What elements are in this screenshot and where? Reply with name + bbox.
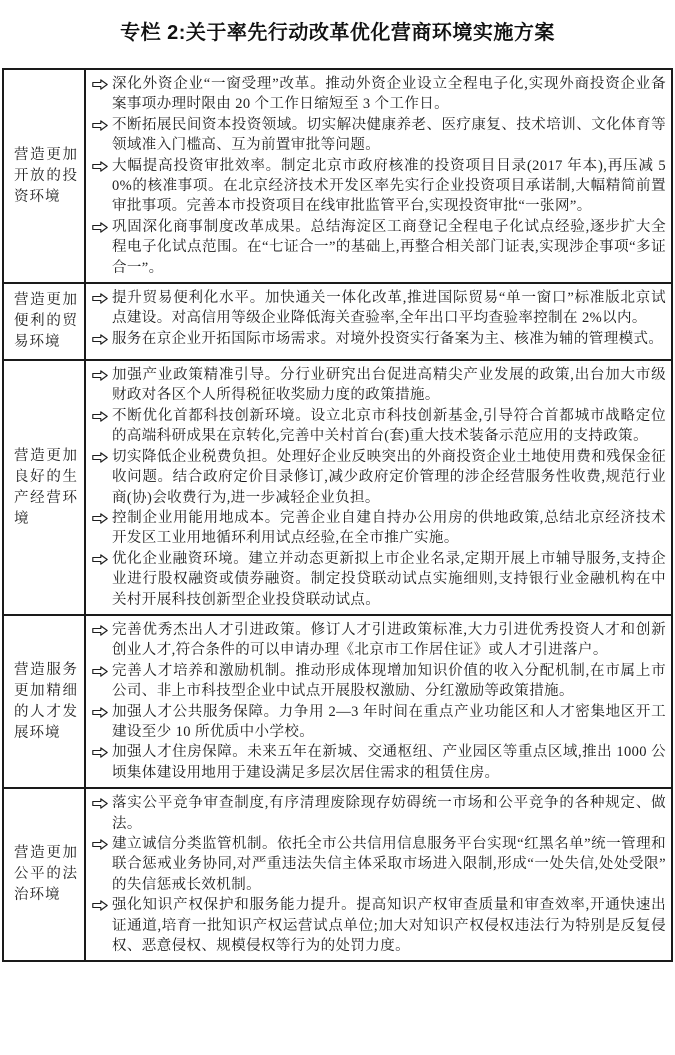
row-content-cell: 落实公平竞争审查制度,有序清理废除现存妨碍统一市场和公平竞争的各种规定、做法。 … xyxy=(86,789,671,960)
list-item: 强化知识产权保护和服务能力提升。提高知识产权审查质量和审查效率,开通快速出证通道… xyxy=(92,895,666,956)
list-item-text: 优化企业融资环境。建立并动态更新拟上市企业名录,定期开展上市辅导服务,支持企业进… xyxy=(112,551,666,608)
list-item: 完善人才培养和激励机制。推动形成体现增加知识价值的收入分配机制,在市属上市公司、… xyxy=(92,661,666,702)
list-item-text: 落实公平竞争审查制度,有序清理废除现存妨碍统一市场和公平竞争的各种规定、做法。 xyxy=(112,795,666,831)
row-content-cell: 提升贸易便利化水平。加快通关一体化改革,推进国际贸易“单一窗口”标准版北京试点建… xyxy=(86,284,671,359)
table-row: 营造更加开放的投资环境 深化外资企业“一窗受理”改革。推动外资企业设立全程电子化… xyxy=(4,70,671,282)
list-item-text: 完善优秀杰出人才引进政策。修订人才引进政策标准,大力引进优秀投资人才和创新创业人… xyxy=(112,622,666,658)
list-item-text: 不断优化首都科技创新环境。设立北京市科技创新基金,引导符合首都城市战略定位的高端… xyxy=(112,408,666,444)
table-row: 营造更加良好的生产经营环境 加强产业政策精准引导。分行业研究出台促进高精尖产业发… xyxy=(4,359,671,614)
rightwards-white-arrow-icon xyxy=(92,221,108,234)
rightwards-white-arrow-icon xyxy=(92,369,108,382)
list-item-text: 建立诚信分类监管机制。依托全市公共信用信息服务平台实现“红黑名单”统一管理和联合… xyxy=(112,836,666,893)
bullet-list: 提升贸易便利化水平。加快通关一体化改革,推进国际贸易“单一窗口”标准版北京试点建… xyxy=(92,288,666,349)
list-item: 切实降低企业税费负担。处理好企业反映突出的外商投资企业土地使用费和残保金征收问题… xyxy=(92,447,666,508)
rightwards-white-arrow-icon xyxy=(92,160,108,173)
list-item: 控制企业用能用地成本。完善企业自建自持办公用房的供地政策,总结北京经济技术开发区… xyxy=(92,508,666,549)
list-item-text: 不断拓展民间资本投资领域。切实解决健康养老、医疗康复、技术培训、文化体育等领域准… xyxy=(112,117,666,153)
list-item: 建立诚信分类监管机制。依托全市公共信用信息服务平台实现“红黑名单”统一管理和联合… xyxy=(92,834,666,895)
list-item: 不断拓展民间资本投资领域。切实解决健康养老、医疗康复、技术培训、文化体育等领域准… xyxy=(92,115,666,156)
row-label-cell: 营造更加便利的贸易环境 xyxy=(4,284,86,359)
row-label: 营造更加良好的生产经营环境 xyxy=(14,446,78,530)
bullet-list: 加强产业政策精准引导。分行业研究出台促进高精尖产业发展的政策,出台加大市级财政对… xyxy=(92,365,666,610)
list-item-text: 加强人才公共服务保障。力争用 2—3 年时间在重点产业功能区和人才密集地区开工建… xyxy=(112,704,666,740)
row-label: 营造更加开放的投资环境 xyxy=(14,145,78,208)
list-item-text: 服务在京企业开拓国际市场需求。对境外投资实行备案为主、核准为辅的管理模式。 xyxy=(112,331,663,347)
row-label-cell: 营造更加开放的投资环境 xyxy=(4,70,86,282)
list-item-text: 切实降低企业税费负担。处理好企业反映突出的外商投资企业土地使用费和残保金征收问题… xyxy=(112,449,666,506)
list-item: 大幅提高投资审批效率。制定北京市政府核准的投资项目目录(2017 年本),再压减… xyxy=(92,156,666,217)
rightwards-white-arrow-icon xyxy=(92,624,108,637)
rightwards-white-arrow-icon xyxy=(92,706,108,719)
list-item: 提升贸易便利化水平。加快通关一体化改革,推进国际贸易“单一窗口”标准版北京试点建… xyxy=(92,288,666,329)
list-item-text: 巩固深化商事制度改革成果。总结海淀区工商登记全程电子化试点经验,逐步扩大全程电子… xyxy=(112,219,666,276)
bullet-list: 深化外资企业“一窗受理”改革。推动外资企业设立全程电子化,实现外商投资企业备案事… xyxy=(92,74,666,278)
list-item: 巩固深化商事制度改革成果。总结海淀区工商登记全程电子化试点经验,逐步扩大全程电子… xyxy=(92,217,666,278)
list-item: 深化外资企业“一窗受理”改革。推动外资企业设立全程电子化,实现外商投资企业备案事… xyxy=(92,74,666,115)
table-row: 营造更加公平的法治环境 落实公平竞争审查制度,有序清理废除现存妨碍统一市场和公平… xyxy=(4,787,671,960)
list-item: 完善优秀杰出人才引进政策。修订人才引进政策标准,大力引进优秀投资人才和创新创业人… xyxy=(92,620,666,661)
list-item: 加强人才公共服务保障。力争用 2—3 年时间在重点产业功能区和人才密集地区开工建… xyxy=(92,702,666,743)
rightwards-white-arrow-icon xyxy=(92,292,108,305)
rightwards-white-arrow-icon xyxy=(92,838,108,851)
rightwards-white-arrow-icon xyxy=(92,410,108,423)
row-label: 营造更加便利的贸易环境 xyxy=(14,290,78,353)
policy-table: 营造更加开放的投资环境 深化外资企业“一窗受理”改革。推动外资企业设立全程电子化… xyxy=(2,68,673,962)
row-content-cell: 加强产业政策精准引导。分行业研究出台促进高精尖产业发展的政策,出台加大市级财政对… xyxy=(86,361,671,614)
list-item-text: 完善人才培养和激励机制。推动形成体现增加知识价值的收入分配机制,在市属上市公司、… xyxy=(112,663,666,699)
rightwards-white-arrow-icon xyxy=(92,119,108,132)
row-label-cell: 营造更加公平的法治环境 xyxy=(4,789,86,960)
page-title: 专栏 2:关于率先行动改革优化营商环境实施方案 xyxy=(0,0,675,46)
list-item: 不断优化首都科技创新环境。设立北京市科技创新基金,引导符合首都城市战略定位的高端… xyxy=(92,406,666,447)
rightwards-white-arrow-icon xyxy=(92,333,108,346)
row-label-cell: 营造更加良好的生产经营环境 xyxy=(4,361,86,614)
list-item: 优化企业融资环境。建立并动态更新拟上市企业名录,定期开展上市辅导服务,支持企业进… xyxy=(92,549,666,610)
list-item: 加强产业政策精准引导。分行业研究出台促进高精尖产业发展的政策,出台加大市级财政对… xyxy=(92,365,666,406)
list-item-text: 控制企业用能用地成本。完善企业自建自持办公用房的供地政策,总结北京经济技术开发区… xyxy=(112,510,666,546)
rightwards-white-arrow-icon xyxy=(92,797,108,810)
list-item-text: 加强产业政策精准引导。分行业研究出台促进高精尖产业发展的政策,出台加大市级财政对… xyxy=(112,367,666,403)
document-page: 专栏 2:关于率先行动改革优化营商环境实施方案 营造更加开放的投资环境 深化外资… xyxy=(0,0,675,962)
rightwards-white-arrow-icon xyxy=(92,78,108,91)
row-label-cell: 营造服务更加精细的人才发展环境 xyxy=(4,616,86,787)
rightwards-white-arrow-icon xyxy=(92,665,108,678)
list-item-text: 大幅提高投资审批效率。制定北京市政府核准的投资项目目录(2017 年本),再压减… xyxy=(112,158,666,215)
list-item-text: 加强人才住房保障。未来五年在新城、交通枢纽、产业园区等重点区域,推出 1000 … xyxy=(112,744,666,780)
table-row: 营造更加便利的贸易环境 提升贸易便利化水平。加快通关一体化改革,推进国际贸易“单… xyxy=(4,282,671,359)
rightwards-white-arrow-icon xyxy=(92,553,108,566)
row-content-cell: 完善优秀杰出人才引进政策。修订人才引进政策标准,大力引进优秀投资人才和创新创业人… xyxy=(86,616,671,787)
rightwards-white-arrow-icon xyxy=(92,451,108,464)
row-label: 营造服务更加精细的人才发展环境 xyxy=(14,660,78,744)
list-item: 落实公平竞争审查制度,有序清理废除现存妨碍统一市场和公平竞争的各种规定、做法。 xyxy=(92,793,666,834)
list-item: 加强人才住房保障。未来五年在新城、交通枢纽、产业园区等重点区域,推出 1000 … xyxy=(92,742,666,783)
list-item-text: 强化知识产权保护和服务能力提升。提高知识产权审查质量和审查效率,开通快速出证通道… xyxy=(112,897,666,954)
list-item-text: 提升贸易便利化水平。加快通关一体化改革,推进国际贸易“单一窗口”标准版北京试点建… xyxy=(112,290,666,326)
list-item: 服务在京企业开拓国际市场需求。对境外投资实行备案为主、核准为辅的管理模式。 xyxy=(92,329,666,349)
row-content-cell: 深化外资企业“一窗受理”改革。推动外资企业设立全程电子化,实现外商投资企业备案事… xyxy=(86,70,671,282)
row-label: 营造更加公平的法治环境 xyxy=(14,843,78,906)
bullet-list: 完善优秀杰出人才引进政策。修订人才引进政策标准,大力引进优秀投资人才和创新创业人… xyxy=(92,620,666,783)
rightwards-white-arrow-icon xyxy=(92,746,108,759)
bullet-list: 落实公平竞争审查制度,有序清理废除现存妨碍统一市场和公平竞争的各种规定、做法。 … xyxy=(92,793,666,956)
list-item-text: 深化外资企业“一窗受理”改革。推动外资企业设立全程电子化,实现外商投资企业备案事… xyxy=(112,76,666,112)
table-row: 营造服务更加精细的人才发展环境 完善优秀杰出人才引进政策。修订人才引进政策标准,… xyxy=(4,614,671,787)
rightwards-white-arrow-icon xyxy=(92,512,108,525)
rightwards-white-arrow-icon xyxy=(92,899,108,912)
